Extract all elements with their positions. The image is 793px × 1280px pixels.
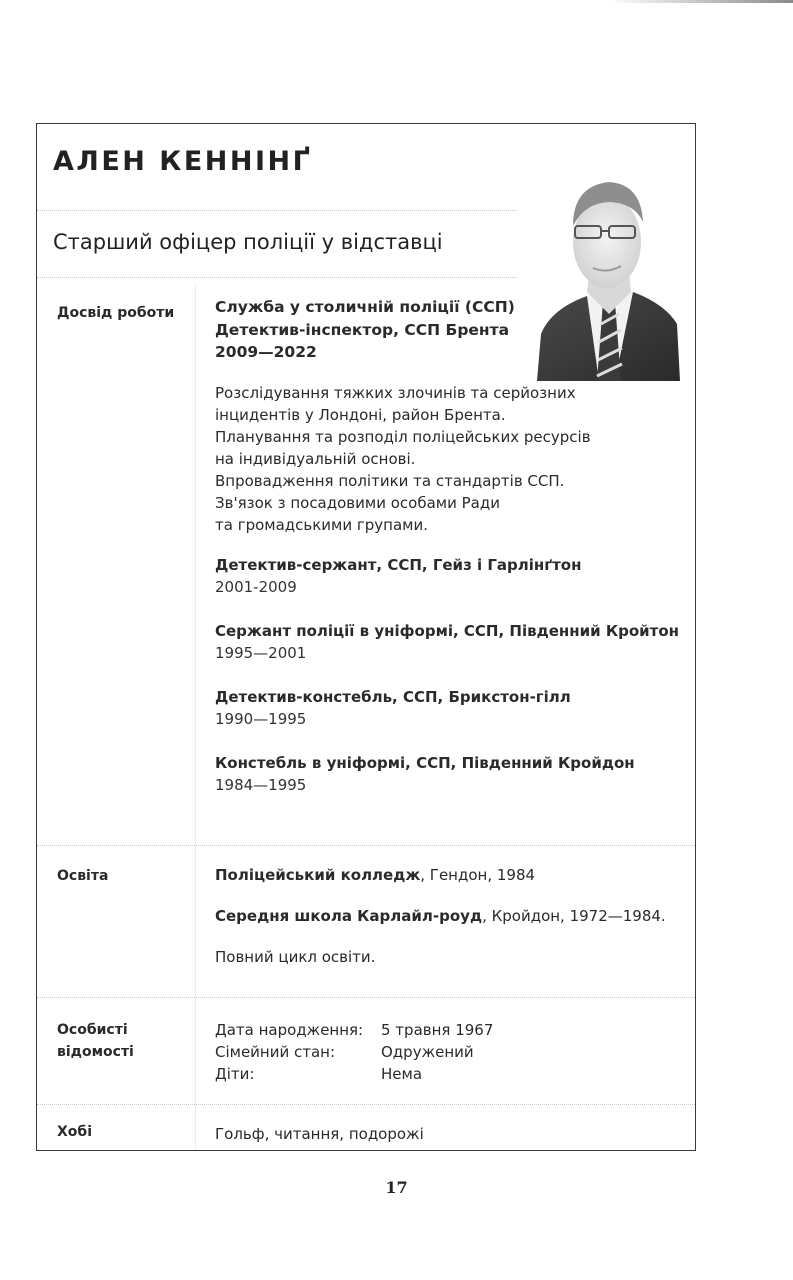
personal-value: Одружений [381,1041,474,1063]
page-number: 17 [0,1178,793,1197]
role-title: Сержант поліції в уніформі, ССП, Південн… [215,620,685,642]
institution-details: , Гендон, 1984 [420,866,535,884]
education-item: Середня школа Карлайл-роуд, Кройдон, 197… [215,905,685,927]
divider [37,210,517,211]
experience-header: Служба у столичній поліції (ССП) Детекти… [215,296,685,364]
education-item: Повний цикл освіти. [215,946,685,968]
role-years: 1990—1995 [215,708,685,730]
page-edge-shadow [610,0,793,3]
role-years: 1984—1995 [215,774,685,796]
role-entry: Сержант поліції в уніформі, ССП, Південн… [215,620,685,664]
profile-title: Старший офіцер поліції у відставці [53,230,443,254]
duty-line: Впровадження політики та стандартів ССП. [215,470,685,492]
role-entry: Детектив-сержант, ССП, Гейз і Гарлінґтон… [215,554,685,598]
education-note: Повний цикл освіти. [215,948,375,966]
personal-key: Дата народження: [215,1019,381,1041]
personal-row: Сімейний стан: Одружений [215,1041,685,1063]
role-years: 1995—2001 [215,642,685,664]
section-label-hobbies: Хобі [57,1121,92,1143]
institution: Поліцейський колледж [215,866,420,884]
divider [37,845,695,846]
profile-name: АЛЕН КЕННІНҐ [53,146,312,177]
personal-value: 5 травня 1967 [381,1019,493,1041]
divider [37,1104,695,1105]
education-content: Поліцейський колледж, Гендон, 1984 Серед… [215,864,685,987]
personal-key: Діти: [215,1063,381,1085]
duties-list: Розслідування тяжких злочинів та серйозн… [215,382,685,536]
personal-row: Дата народження: 5 травня 1967 [215,1019,685,1041]
label-line: відомості [57,1041,134,1063]
personal-row: Діти: Нема [215,1063,685,1085]
section-label-experience: Досвід роботи [57,302,174,324]
personal-value: Нема [381,1063,422,1085]
institution-details: , Кройдон, 1972—1984. [482,907,666,925]
personal-key: Сімейний стан: [215,1041,381,1063]
duty-line: Зв'язок з посадовими особами Ради [215,492,685,514]
hobbies-value: Гольф, читання, подорожі [215,1123,685,1145]
role-entry: Констебль в уніформі, ССП, Південний Кро… [215,752,685,796]
section-label-education: Освіта [57,865,108,887]
education-item: Поліцейський колледж, Гендон, 1984 [215,864,685,886]
employer: Служба у столичній поліції (ССП) [215,296,685,319]
duty-line: інцидентів у Лондоні, район Брента. [215,404,685,426]
role-years: 2001-2009 [215,576,685,598]
current-role-years: 2009—2022 [215,341,685,364]
experience-content: Служба у столичній поліції (ССП) Детекти… [215,296,685,796]
divider [37,277,517,278]
duty-line: Розслідування тяжких злочинів та серйозн… [215,382,685,404]
divider [37,997,695,998]
section-label-personal: Особисті відомості [57,1019,134,1063]
role-title: Детектив-сержант, ССП, Гейз і Гарлінґтон [215,554,685,576]
current-role: Детектив-інспектор, ССП Брента [215,319,685,342]
duty-line: Планування та розподіл поліцейських ресу… [215,426,685,448]
label-line: Особисті [57,1019,134,1041]
role-title: Детектив-констебль, ССП, Брикстон-гілл [215,686,685,708]
column-divider [195,284,196,1150]
profile-card: АЛЕН КЕННІНҐ Старший офіцер поліції у ві… [36,123,696,1151]
role-title: Констебль в уніформі, ССП, Південний Кро… [215,752,685,774]
role-entry: Детектив-констебль, ССП, Брикстон-гілл 1… [215,686,685,730]
duty-line: на індивідуальній основі. [215,448,685,470]
institution: Середня школа Карлайл-роуд [215,907,482,925]
duty-line: та громадськими групами. [215,514,685,536]
personal-content: Дата народження: 5 травня 1967 Сімейний … [215,1019,685,1085]
